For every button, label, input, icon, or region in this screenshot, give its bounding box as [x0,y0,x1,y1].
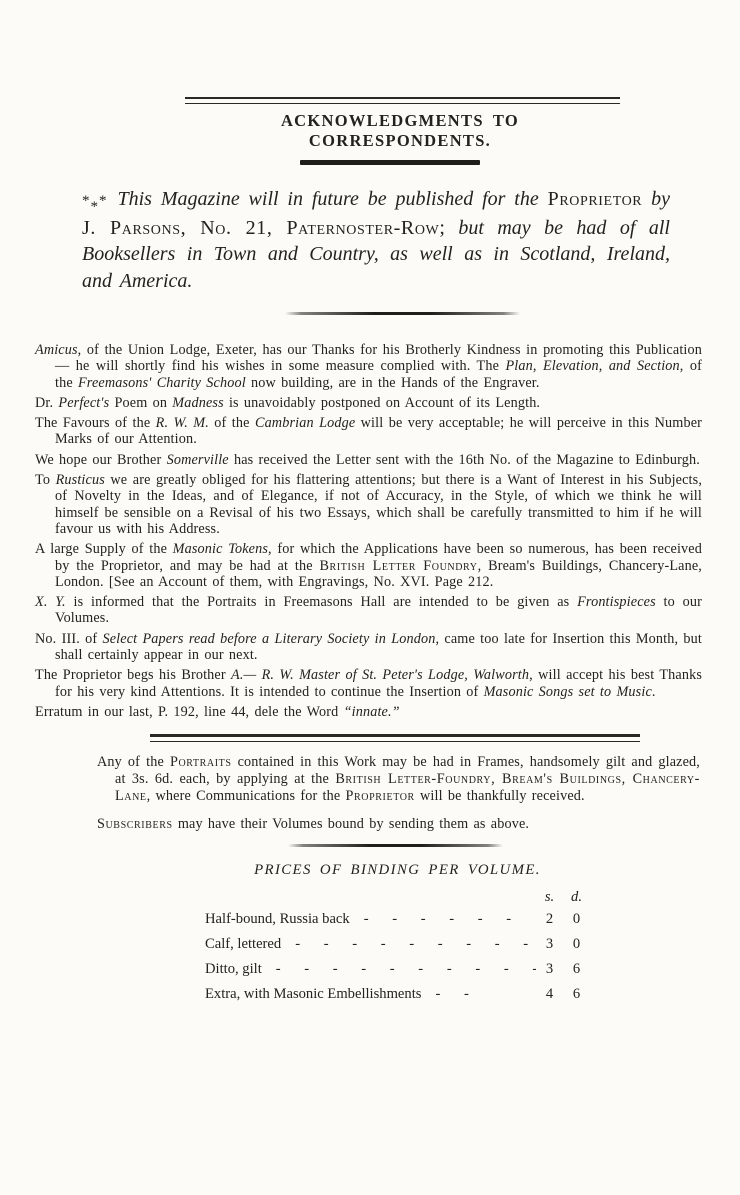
price-row-calf: Calf, lettered - - - - - - - - - 3 0 [205,932,590,957]
price-row-ditto-gilt: Ditto, gilt - - - - - - - - - - 3 6 [205,957,590,982]
correspondence-item-masonic-tokens: A large Supply of the Masonic Tokens, fo… [35,541,702,590]
text-segment: of the [209,415,255,431]
text-segment: Perfect's [58,395,109,411]
text-segment: British Letter Foundry [319,558,477,574]
publication-notice: ***This Magazine will in future be publi… [82,186,670,294]
text-segment: is unavoidably postponed on Account of i… [224,395,540,411]
correspondence-item-cambrian-lodge: The Favours of the R. W. M. of the Cambr… [35,415,702,448]
text-segment: Proprietor [548,188,643,210]
prices-header-row: s. d. [205,888,590,907]
dash-leader: - - - - - - - - - - [262,957,536,982]
shillings-column-header: s. [536,888,563,907]
text-segment: Portraits [170,754,232,770]
text-segment: The Favours of the [35,415,156,431]
page-title: ACKNOWLEDGMENTS TO CORRESPONDENTS. [195,111,605,151]
text-segment: Poem on [109,395,172,411]
shillings-value: 3 [536,957,563,982]
binding-label: Extra, with Masonic Embellishments [205,982,421,1007]
text-segment: J. Parsons, No. 21, Paternoster-Row [82,217,439,239]
text-segment: Frontispieces [577,594,656,610]
prices-divider [288,844,503,847]
pence-value: 0 [563,932,590,957]
text-segment: may have their Volumes bound by sending … [173,816,529,832]
shillings-value: 4 [536,982,563,1007]
magazine-page: ACKNOWLEDGMENTS TO CORRESPONDENTS. ***Th… [0,0,740,1195]
text-segment: Freemasons' Charity School [78,375,246,391]
asterism-mark: *** [82,188,108,215]
text-segment: We hope our Brother [35,452,167,468]
correspondence-item-xy: X. Y. is informed that the Portraits in … [35,594,702,627]
text-segment: A large Supply of the [35,541,173,557]
footer-notices: Any of the Portraits contained in this W… [97,754,700,833]
text-segment: Proprietor [346,788,415,804]
price-row-half-bound: Half-bound, Russia back - - - - - - 2 0 [205,907,590,932]
subscribers-notice: Subscribers may have their Volumes bound… [97,816,700,833]
asterisk: * [82,193,91,209]
correspondence-item-somerville: We hope our Brother Somerville has recei… [35,452,702,468]
text-segment: This Magazine will in future be publishe… [118,188,548,210]
dash-leader: - - [421,982,536,1007]
text-segment: Erratum in our last, P. 192, line 44, de… [35,704,344,720]
publication-notice-text: This Magazine will in future be publishe… [82,188,670,292]
text-segment: Rusticus [56,472,105,488]
dash-leader: - - - - - - - - - [281,932,536,957]
shillings-value: 2 [536,907,563,932]
text-segment: we are greatly obliged for his flatterin… [55,472,702,537]
text-segment: R. W. M. [156,415,209,431]
text-segment: Any of the [97,754,170,770]
correspondence-item-rusticus: To Rusticus we are greatly obliged for h… [35,472,702,537]
prices-table: s. d. Half-bound, Russia back - - - - - … [205,888,590,1007]
text-segment: , where Communications for the [147,788,346,804]
correspondence-section: Amicus, of the Union Lodge, Exeter, has … [35,342,702,720]
text-segment: No. III. of [35,631,102,647]
correspondence-item-st-peters-lodge: The Proprietor begs his Brother A.— R. W… [35,667,702,700]
text-segment: has received the Letter sent with the 16… [229,452,700,468]
text-segment: Plan, Elevation, and Section [505,358,679,374]
prices-title: PRICES OF BINDING PER VOLUME. [205,862,590,879]
text-segment: Cambrian Lodge [255,415,355,431]
correspondence-item-erratum: Erratum in our last, P. 192, line 44, de… [35,704,702,720]
section-divider [285,312,520,315]
text-segment: . [652,684,656,700]
text-segment: is informed that the Portraits in Freema… [66,594,577,610]
top-double-rule [185,97,620,104]
pence-value: 6 [563,982,590,1007]
portraits-notice: Any of the Portraits contained in this W… [97,754,700,805]
text-segment: Madness [172,395,224,411]
text-segment: Select Papers read before a Literary Soc… [102,631,435,647]
text-segment: now building, are in the Hands of the En… [246,375,540,391]
binding-label: Calf, lettered [205,932,281,957]
pence-value: 0 [563,907,590,932]
pence-value: 6 [563,957,590,982]
correspondence-item-dr-perfect: Dr. Perfect's Poem on Madness is unavoid… [35,395,702,411]
binding-label: Ditto, gilt [205,957,262,982]
prices-section: PRICES OF BINDING PER VOLUME. s. d. Half… [205,862,590,1007]
shillings-value: 3 [536,932,563,957]
text-segment: Masonic Tokens [173,541,268,557]
text-segment: Dr. [35,395,58,411]
text-segment: X. Y. [35,594,66,610]
correspondence-item-select-papers: No. III. of Select Papers read before a … [35,631,702,664]
text-segment: Somerville [167,452,229,468]
text-segment: Masonic Songs set to Music [484,684,652,700]
text-segment: will be thankfully received. [415,788,585,804]
footer-double-rule [150,734,640,742]
text-segment: “innate.” [344,704,400,720]
price-row-extra: Extra, with Masonic Embellishments - - 4… [205,982,590,1007]
pence-column-header: d. [563,888,590,907]
text-segment: To [35,472,56,488]
asterisk: * [91,199,100,215]
text-segment: The Proprietor begs his Brother [35,667,231,683]
text-segment: ; [439,217,458,239]
title-divider-bar [300,160,480,165]
correspondence-item-amicus: Amicus, of the Union Lodge, Exeter, has … [35,342,702,391]
text-segment: A.— R. W. Master of St. Peter's Lodge, W… [231,667,529,683]
text-segment: Amicus [35,342,78,358]
asterisk: * [99,193,108,209]
dash-leader: - - - - - - [350,907,536,932]
text-segment: by [642,188,670,210]
text-segment: Subscribers [97,816,173,832]
binding-label: Half-bound, Russia back [205,907,350,932]
